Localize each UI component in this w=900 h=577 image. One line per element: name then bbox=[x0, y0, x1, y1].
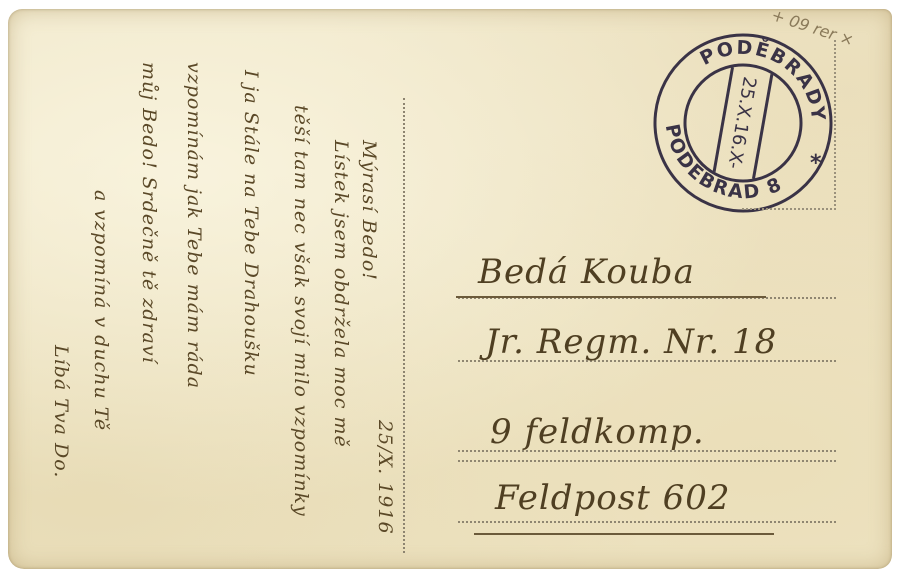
feldpost-underline bbox=[474, 533, 774, 535]
message-date: 25/X. 1916 bbox=[374, 420, 396, 535]
address-line-3b-rule bbox=[458, 460, 836, 462]
center-divider bbox=[403, 98, 405, 553]
message-line-6: můj Bedo! Srdečně tě zdraví bbox=[138, 62, 160, 364]
message-line-2: Lístek jsem obdržela moc mě bbox=[330, 140, 352, 448]
message-line-1: Mýrasí Bedo! bbox=[358, 140, 380, 281]
message-line-5: vzpomínám jak Tebe mám ráda bbox=[183, 62, 205, 389]
recipient-feldpost: Feldpost 602 bbox=[495, 478, 731, 518]
recipient-company: 9 feldkomp. bbox=[490, 412, 705, 452]
message-signature: Líbá Tva Do. bbox=[50, 345, 72, 478]
message-line-7: a vzpomíná v duchu Tě bbox=[90, 190, 112, 431]
address-line-4-rule bbox=[458, 521, 836, 523]
recipient-regiment: Jr. Regm. Nr. 18 bbox=[485, 322, 777, 362]
recipient-name: Bedá Kouba bbox=[478, 252, 695, 292]
message-line-4: I ja Stále na Tebe Drahoušku bbox=[240, 70, 262, 377]
message-line-3: těší tam nec však svojí milo vzpomínky bbox=[290, 105, 312, 517]
stamp-area-box bbox=[742, 40, 836, 210]
name-underline bbox=[456, 296, 766, 298]
